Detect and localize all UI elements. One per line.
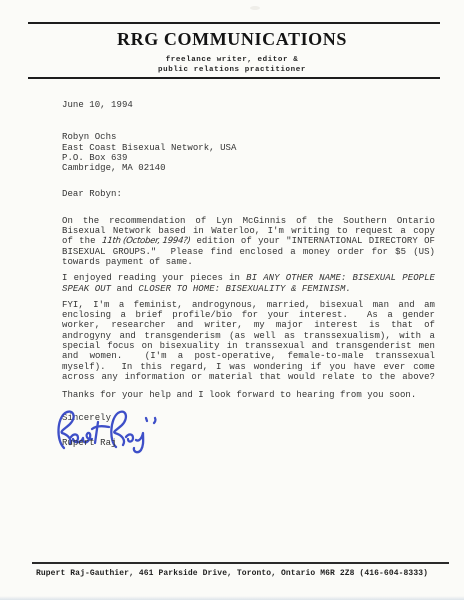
valediction: Sincerely, bbox=[62, 413, 435, 423]
letter-content: June 10, 1994 Robyn Ochs East Coast Bise… bbox=[62, 100, 435, 473]
line-text: I enjoyed reading your pieces in bbox=[62, 273, 240, 283]
typed-sender-name: Rupert Raj bbox=[62, 438, 117, 448]
paragraph-3: FYI, I'm a feminist, androgynous, marrie… bbox=[62, 300, 435, 382]
book-title-italic: SPEAK OUT bbox=[62, 284, 111, 294]
paragraph-1: On the recommendation of Lyn McGinnis of… bbox=[62, 216, 435, 267]
scanned-letter-page: RRG COMMUNICATIONS freelance writer, edi… bbox=[0, 0, 464, 600]
closing-block: Sincerely, Rupert Raj bbox=[62, 413, 435, 473]
recipient-po-box: P.O. Box 639 bbox=[62, 153, 435, 163]
scan-bottom-edge bbox=[0, 596, 464, 600]
recipient-address-block: Robyn Ochs East Coast Bisexual Network, … bbox=[62, 132, 435, 173]
scan-speckle bbox=[250, 6, 260, 10]
paragraph-1-line: BISEXUAL GROUPS." Please find enclosed a… bbox=[62, 247, 435, 257]
book-title-italic: BI ANY OTHER NAME: BISEXUAL PEOPLE bbox=[246, 273, 435, 283]
paragraph-3-line: across any information or material that … bbox=[62, 372, 435, 382]
paragraph-2-line: I enjoyed reading your pieces in BI ANY … bbox=[62, 273, 435, 283]
paragraph-3-line: FYI, I'm a feminist, androgynous, marrie… bbox=[62, 300, 435, 310]
paragraph-3-line: and women. (I'm a post-operative, female… bbox=[62, 351, 435, 361]
footer-contact-line: Rupert Raj-Gauthier, 461 Parkside Drive,… bbox=[0, 569, 464, 578]
paragraph-3-line: special focus on bisexuality in transsex… bbox=[62, 341, 435, 351]
recipient-name: Robyn Ochs bbox=[62, 132, 435, 142]
paragraph-3-line: enclosing a brief profile/bio for your i… bbox=[62, 310, 435, 320]
letterhead-subtitle-line2: public relations practitioner bbox=[0, 66, 464, 76]
paragraph-3-line: myself). In this regard, I was wondering… bbox=[62, 362, 435, 372]
letterhead-subtitle: freelance writer, editor & public relati… bbox=[0, 56, 464, 75]
book-title-italic: CLOSER TO HOME: BISEXUALITY & FEMINISM. bbox=[138, 284, 351, 294]
paragraph-1-line: towards payment of same. bbox=[62, 257, 435, 267]
paragraph-4: Thanks for your help and I look forward … bbox=[62, 390, 435, 400]
recipient-org: East Coast Bisexual Network, USA bbox=[62, 143, 435, 153]
letterhead-title: RRG COMMUNICATIONS bbox=[0, 29, 464, 50]
line-text: and bbox=[117, 284, 133, 294]
letterhead-bottom-rule bbox=[28, 77, 440, 79]
date-line: June 10, 1994 bbox=[62, 100, 435, 110]
footer-rule bbox=[32, 562, 449, 564]
paragraph-1-line: Bisexual Network based in Waterloo, I'm … bbox=[62, 226, 435, 236]
recipient-city: Cambridge, MA 02140 bbox=[62, 163, 435, 173]
paragraph-1-line: On the recommendation of Lyn McGinnis of… bbox=[62, 216, 435, 226]
handwritten-edition-note: 11th (October, 1994?) bbox=[101, 236, 190, 246]
salutation: Dear Robyn: bbox=[62, 189, 435, 199]
paragraph-1-line-with-annotation: of the 11th (October, 1994?) edition of … bbox=[62, 236, 435, 246]
line-text: edition of your "INTERNATIONAL DIRECTORY… bbox=[196, 236, 435, 246]
line-text: of the bbox=[62, 236, 96, 246]
paragraph-2: I enjoyed reading your pieces in BI ANY … bbox=[62, 273, 435, 294]
paragraph-2-line: SPEAK OUT and CLOSER TO HOME: BISEXUALIT… bbox=[62, 284, 435, 294]
paragraph-3-line: worker, researcher and writer, my major … bbox=[62, 320, 435, 330]
letterhead-top-rule bbox=[28, 22, 440, 24]
letterhead-subtitle-line1: freelance writer, editor & bbox=[0, 56, 464, 66]
paragraph-3-line: androgyny and transgenderism (as well as… bbox=[62, 331, 435, 341]
